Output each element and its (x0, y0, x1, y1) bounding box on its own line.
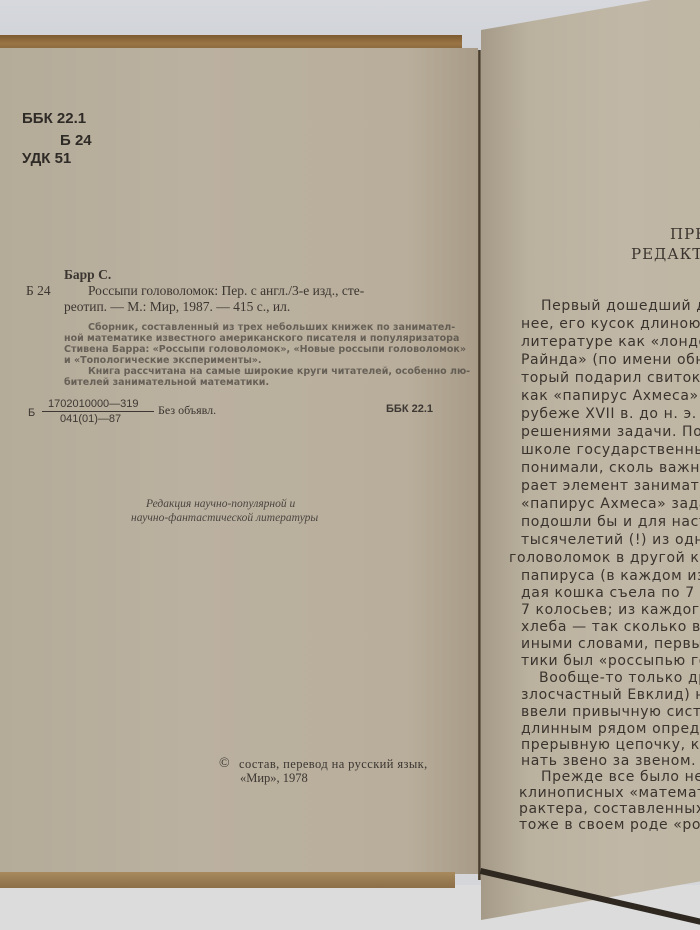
right-line: длинным рядом определе (521, 721, 700, 737)
book-cover-edge-bottom (0, 872, 455, 888)
right-line: 7 колосьев; из каждого (521, 602, 700, 618)
udk-code: УДК 51 (22, 150, 71, 167)
right-line: папируса (в каждом из (521, 568, 700, 584)
right-line: тысячелетий (!) из одно (521, 532, 700, 548)
right-line: злосчастный Евклид) на (521, 687, 700, 703)
copyright-line2: «Мир», 1978 (240, 771, 308, 786)
right-line: понимали, сколь важну (521, 460, 700, 476)
right-line: решениями задачи. По з (521, 424, 700, 440)
annotation-line: Стивена Барра: «Россыпи головоломок», «Н… (64, 344, 466, 355)
editorial-line2: научно-фантастической литературы (131, 512, 318, 524)
annotation-line: и «Топологические эксперименты». (64, 355, 262, 366)
b-code: Б 24 (60, 132, 92, 149)
editorial-line1: Редакция научно-популярной и (146, 498, 295, 510)
catalog-title-line2: реотип. — М.: Мир, 1987. — 415 с., ил. (64, 299, 290, 315)
right-line: хлеба — так сколько всег (521, 619, 700, 635)
index-denominator: 041(01)—87 (60, 413, 121, 425)
right-heading1: ПРЕ (670, 225, 700, 243)
index-bbk: ББК 22.1 (386, 403, 433, 415)
right-line: нать звено за звеном. (521, 753, 696, 769)
catalog-title-line1: Россыпи головоломок: Пер. с англ./3-е из… (88, 283, 364, 299)
book-cover-edge-top (0, 35, 462, 49)
right-heading2: РЕДАКТ (631, 245, 700, 263)
index-prefix: Б (28, 407, 35, 419)
catalog-author: Барр С. (64, 267, 111, 283)
right-line: прерывную цепочку, кото (521, 737, 700, 753)
right-line: подошли бы и для насто (521, 514, 700, 530)
right-line: рубеже XVII в. до н. э. (521, 406, 697, 422)
right-line: тики был «россыпью голо (521, 653, 700, 669)
annotation-line: Книга рассчитана на самые широкие круги … (88, 366, 470, 377)
right-line: школе государственных (521, 442, 700, 458)
right-line: клинописных «математи (519, 785, 700, 801)
copyright-symbol: © (219, 756, 230, 772)
catalog-code: Б 24 (26, 283, 51, 299)
annotation-line: Сборник, составленный из трех небольших … (88, 322, 455, 333)
right-line: торый подарил свиток (521, 370, 700, 386)
index-numerator: 1702010000—319 (48, 398, 139, 410)
annotation-line: ной математике известного американского … (64, 333, 459, 344)
right-line: Прежде все было не (541, 769, 700, 785)
right-line: как «папирус Ахмеса» ( (521, 388, 700, 404)
right-line: тоже в своем роде «россы (519, 817, 700, 833)
right-line: рактера, составленных (519, 801, 700, 817)
right-line: головоломок в другой коч (509, 550, 700, 566)
right-line: рает элемент занимател (521, 478, 700, 494)
right-line: дая кошка съела по 7 (521, 585, 695, 601)
index-fraction-line (42, 411, 154, 412)
right-line: Райнда» (по имени обна (521, 352, 700, 368)
right-page-text: ПРЕ РЕДАКТ Первый дошедший д нее, его ку… (481, 0, 700, 930)
right-line: иными словами, первый (521, 636, 700, 652)
bbk-code: ББК 22.1 (22, 110, 86, 127)
right-line: «папирус Ахмеса» зада (521, 496, 700, 512)
right-line: ввели привычную сист (521, 704, 700, 720)
annotation-line: бителей занимательной математики. (64, 377, 269, 388)
right-line: литературе как «лондо (521, 334, 700, 350)
right-line: Вообще-то только др (539, 670, 700, 686)
right-line: нее, его кусок длиною (521, 316, 700, 332)
copyright-line1: состав, перевод на русский язык, (239, 757, 428, 772)
index-note: Без объявл. (158, 403, 216, 418)
right-line: Первый дошедший д (541, 298, 700, 314)
left-page (0, 48, 478, 874)
